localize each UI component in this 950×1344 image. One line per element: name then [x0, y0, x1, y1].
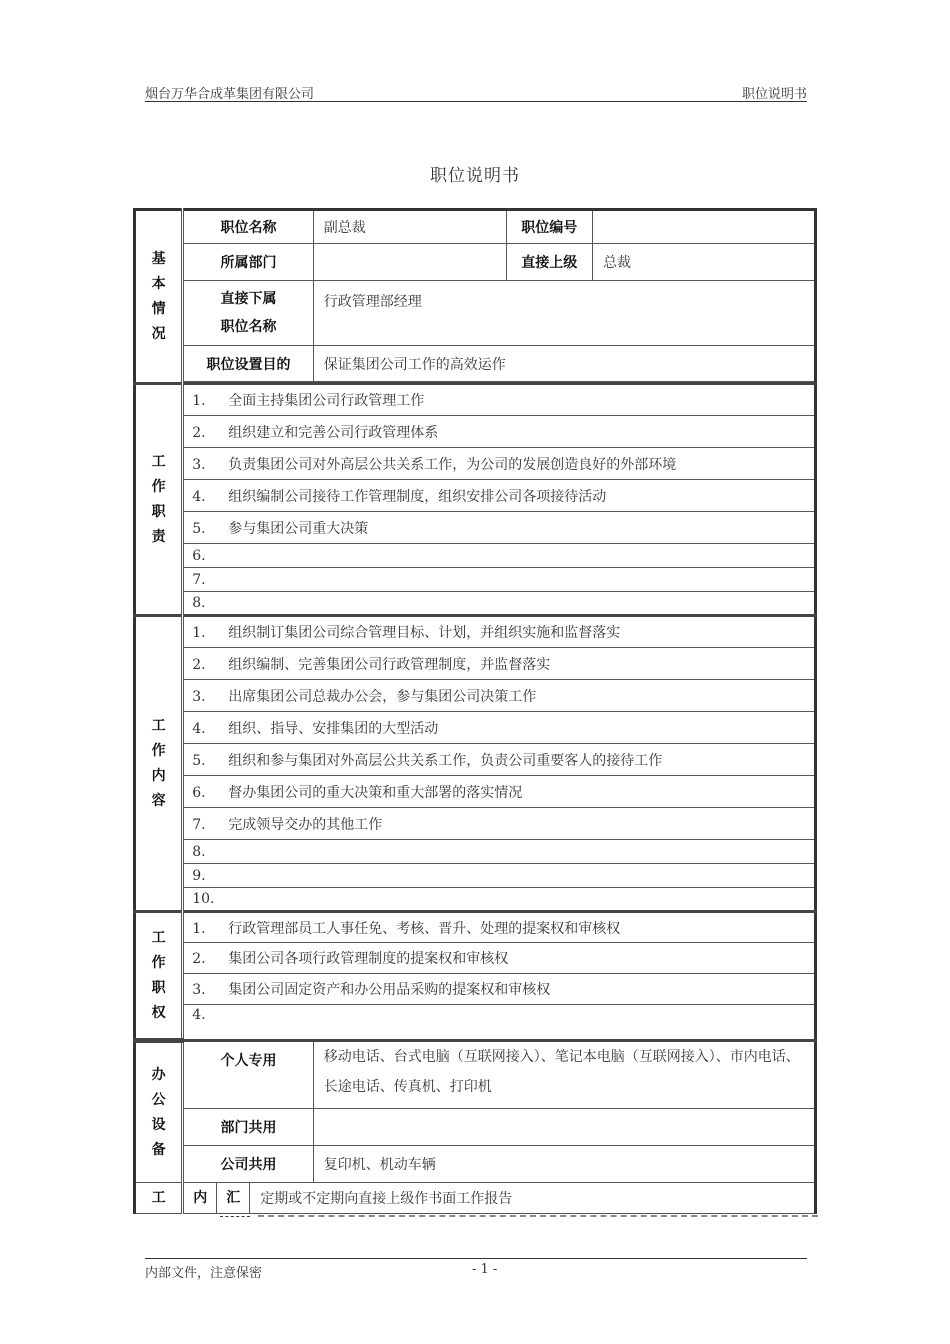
relations-value: 定期或不定期向直接上级作书面工作报告 [250, 1188, 512, 1208]
section-relations-label: 工 [135, 1183, 183, 1214]
equipment-row-department: 部门共用 [135, 1109, 816, 1146]
company-shared-value: 复印机、机动车辆 [313, 1146, 815, 1183]
subordinate-value: 行政管理部经理 [313, 281, 815, 346]
section-content-label: 工作内容 [135, 616, 183, 912]
job-description-table: 基本情况 职位名称 副总裁 职位编号 所属部门 直接上级 总裁 直接下属 职位名… [133, 208, 818, 1218]
content-row: 10. [135, 888, 816, 912]
page-number: - 1 - [472, 1262, 497, 1277]
department-label: 所属部门 [183, 244, 314, 281]
authority-row: 3.集团公司固定资产和办公用品采购的提案权和审核权 [135, 974, 816, 1005]
personal-label: 个人专用 [183, 1041, 314, 1109]
basic-row-department: 所属部门 直接上级 总裁 [135, 244, 816, 281]
superior-label: 直接上级 [506, 244, 592, 281]
content-row: 6.督办集团公司的重大决策和重大部署的落实情况 [135, 776, 816, 808]
duty-row: 工作职责 1.全面主持集团公司行政管理工作 [135, 384, 816, 416]
relations-row: 工 内 汇 定期或不定期向直接上级作书面工作报告 [135, 1183, 816, 1214]
department-value [313, 244, 506, 281]
section-basic-label: 基本情况 [135, 210, 183, 384]
duty-row: 4.组织编制公司接待工作管理制度，组织安排公司各项接待活动 [135, 480, 816, 512]
authority-row: 4. [135, 1005, 816, 1041]
position-name-label: 职位名称 [183, 210, 314, 244]
purpose-label: 职位设置目的 [183, 346, 314, 382]
page-header: 烟台万华合成革集团有限公司 职位说明书 [145, 81, 807, 102]
basic-row-position: 基本情况 职位名称 副总裁 职位编号 [135, 210, 816, 244]
superior-value: 总裁 [592, 244, 815, 281]
section-equipment-label: 办公设备 [135, 1041, 183, 1183]
personal-value: 移动电话、台式电脑（互联网接入）、笔记本电脑（互联网接入）、市内电话、长途电话、… [313, 1041, 815, 1109]
content-row: 2.组织编制、完善集团公司行政管理制度，并监督落实 [135, 648, 816, 680]
basic-row-purpose: 职位设置目的 保证集团公司工作的高效运作 [135, 346, 816, 382]
content-row: 7.完成领导交办的其他工作 [135, 808, 816, 840]
duty-row: 8. [135, 592, 816, 616]
dashed-divider-small [220, 1216, 250, 1217]
content-row: 5.组织和参与集团对外高层公共关系工作，负责公司重要客人的接待工作 [135, 744, 816, 776]
position-code-label: 职位编号 [506, 210, 592, 244]
duty-row: 7. [135, 568, 816, 592]
position-code-value [592, 210, 815, 244]
company-name: 烟台万华合成革集团有限公司 [145, 83, 314, 102]
doc-type: 职位说明书 [742, 83, 807, 102]
section-authority-label: 工作职权 [135, 912, 183, 1041]
content-row: 9. [135, 864, 816, 888]
content-row: 工作内容 1.组织制订集团公司综合管理目标、计划，并组织实施和监督落实 [135, 616, 816, 648]
department-shared-label: 部门共用 [183, 1109, 314, 1146]
page-footer: 内部文件，注意保密 - 1 - [145, 1258, 807, 1259]
subordinate-label: 直接下属 职位名称 [183, 281, 314, 346]
company-shared-label: 公司共用 [183, 1146, 314, 1183]
authority-row: 2.集团公司各项行政管理制度的提案权和审核权 [135, 943, 816, 974]
equipment-row-company: 公司共用 复印机、机动车辆 [135, 1146, 816, 1183]
authority-row: 工作职权 1.行政管理部员工人事任免、考核、晋升、处理的提案权和审核权 [135, 912, 816, 943]
confidential-note: 内部文件，注意保密 [145, 1262, 262, 1281]
duty-row: 3.负责集团公司对外高层公共关系工作，为公司的发展创造良好的外部环境 [135, 448, 816, 480]
document-title: 职位说明书 [0, 161, 950, 186]
dashed-divider [258, 1215, 818, 1217]
section-duties-label: 工作职责 [135, 384, 183, 616]
department-shared-value [313, 1109, 815, 1146]
equipment-row-personal: 办公设备 个人专用 移动电话、台式电脑（互联网接入）、笔记本电脑（互联网接入）、… [135, 1041, 816, 1109]
purpose-value: 保证集团公司工作的高效运作 [313, 346, 815, 382]
position-name-value: 副总裁 [313, 210, 506, 244]
basic-row-subordinate: 直接下属 职位名称 行政管理部经理 [135, 281, 816, 346]
content-row: 3.出席集团公司总裁办公会，参与集团公司决策工作 [135, 680, 816, 712]
duty-row: 2.组织建立和完善公司行政管理体系 [135, 416, 816, 448]
content-row: 4.组织、指导、安排集团的大型活动 [135, 712, 816, 744]
content-row: 8. [135, 840, 816, 864]
relations-sub-label-report: 汇 [217, 1183, 250, 1213]
duty-row: 5.参与集团公司重大决策 [135, 512, 816, 544]
duty-row: 6. [135, 544, 816, 568]
relations-sub-label-inner: 内 [184, 1183, 217, 1213]
